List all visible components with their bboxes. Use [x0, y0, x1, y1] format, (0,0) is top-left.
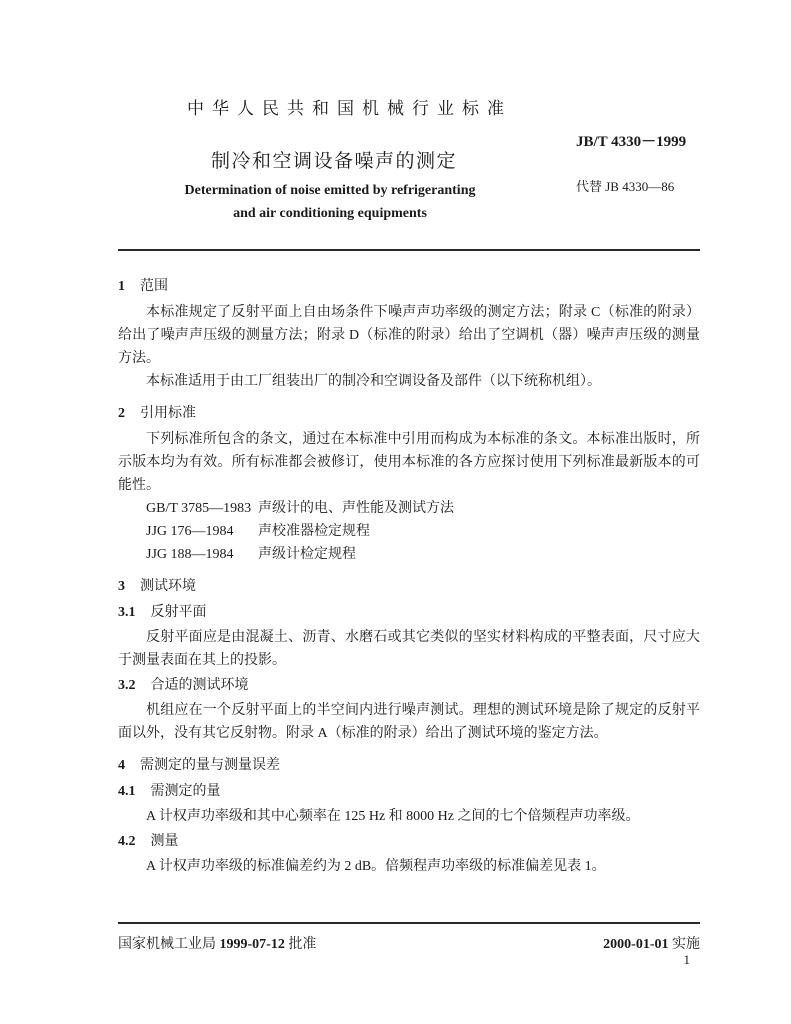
document-title-english-line2: and air conditioning equipments: [0, 202, 660, 225]
section-test-environment: 3测试环境 3.1反射平面 反射平面应是由混凝土、沥青、水磨石或其它类似的坚实材…: [118, 575, 700, 745]
subsection-title: 合适的测试环境: [151, 678, 249, 693]
reference-code: GB/T 3785—1983: [146, 497, 258, 520]
subsection-heading: 3.1反射平面: [118, 601, 700, 624]
standard-document-page: 中华人民共和国机械行业标准 JB/T 4330－1999 制冷和空调设备噪声的测…: [0, 0, 791, 1024]
reference-item: JJG 188—1984声级计检定规程: [118, 543, 700, 566]
section-number: 4: [118, 758, 125, 773]
body-paragraph: A 计权声功率级的标准偏差约为 2 dB。倍频程声功率级的标准偏差见表 1。: [118, 855, 700, 878]
standard-number: JB/T 4330－1999: [576, 130, 686, 151]
page-number: 1: [118, 952, 690, 968]
section-normative-references: 2引用标准 下列标准所包含的条文，通过在本标准中引用而构成为本标准的条文。本标准…: [118, 402, 700, 566]
section-number: 3: [118, 579, 125, 594]
body-paragraph: 本标准适用于由工厂组装出厂的制冷和空调设备及部件（以下统称机组）。: [118, 370, 700, 393]
section-quantities-and-errors: 4需测定的量与测量误差 4.1需测定的量 A 计权声功率级和其中心频率在 125…: [118, 754, 700, 878]
reference-item: GB/T 3785—1983声级计的电、声性能及测试方法: [118, 497, 700, 520]
reference-code: JJG 188—1984: [146, 543, 258, 566]
body-paragraph: 机组应在一个反射平面上的半空间内进行噪声测试。理想的测试环境是除了规定的反射平面…: [118, 699, 700, 745]
subsection-number: 3.2: [118, 678, 136, 693]
body-paragraph: A 计权声功率级和其中心频率在 125 Hz 和 8000 Hz 之间的七个倍频…: [118, 805, 700, 828]
document-title-english-line1: Determination of noise emitted by refrig…: [0, 179, 660, 202]
section-title: 范围: [140, 279, 168, 294]
body-paragraph: 反射平面应是由混凝土、沥青、水磨石或其它类似的坚实材料构成的平整表面，尺寸应大于…: [118, 626, 700, 672]
subsection-title: 测量: [151, 834, 179, 849]
effective-statement: 2000-01-01 实施: [118, 933, 700, 953]
section-heading: 1范围: [118, 275, 700, 298]
section-number: 1: [118, 279, 125, 294]
section-heading: 3测试环境: [118, 575, 700, 598]
section-heading: 2引用标准: [118, 402, 700, 425]
section-title: 引用标准: [140, 406, 196, 421]
section-title: 测试环境: [140, 579, 196, 594]
subsection-title: 反射平面: [151, 605, 207, 620]
document-title-chinese: 制冷和空调设备噪声的测定: [211, 146, 457, 173]
body-paragraph: 下列标准所包含的条文，通过在本标准中引用而构成为本标准的条文。本标准出版时，所示…: [118, 428, 700, 497]
subsection-heading: 4.2测量: [118, 830, 700, 853]
reference-item: JJG 176—1984声校准器检定规程: [118, 520, 700, 543]
subsection-number: 3.1: [118, 605, 136, 620]
reference-name: 声级计的电、声性能及测试方法: [258, 501, 454, 516]
reference-name: 声级计检定规程: [258, 547, 356, 562]
subsection-heading: 4.1需测定的量: [118, 780, 700, 803]
document-title-english: Determination of noise emitted by refrig…: [0, 179, 660, 225]
effective-date: 2000-01-01: [603, 937, 668, 952]
body-paragraph: 本标准规定了反射平面上自由场条件下噪声声功率级的测定方法；附录 C（标准的附录）…: [118, 301, 700, 370]
reference-code: JJG 176—1984: [146, 520, 258, 543]
issuing-body-title: 中华人民共和国机械行业标准: [187, 94, 512, 119]
subsection-number: 4.1: [118, 784, 136, 799]
document-body: 1范围 本标准规定了反射平面上自由场条件下噪声声功率级的测定方法；附录 C（标准…: [118, 266, 700, 878]
subsection-heading: 3.2合适的测试环境: [118, 674, 700, 697]
header-divider-rule: [118, 249, 700, 251]
section-scope: 1范围 本标准规定了反射平面上自由场条件下噪声声功率级的测定方法；附录 C（标准…: [118, 275, 700, 393]
subsection-number: 4.2: [118, 834, 136, 849]
section-number: 2: [118, 406, 125, 421]
effective-label: 实施: [672, 937, 700, 952]
subsection-title: 需测定的量: [151, 784, 221, 799]
footer-divider-rule: [118, 922, 700, 924]
section-heading: 4需测定的量与测量误差: [118, 754, 700, 777]
section-title: 需测定的量与测量误差: [140, 758, 280, 773]
reference-name: 声校准器检定规程: [258, 524, 370, 539]
